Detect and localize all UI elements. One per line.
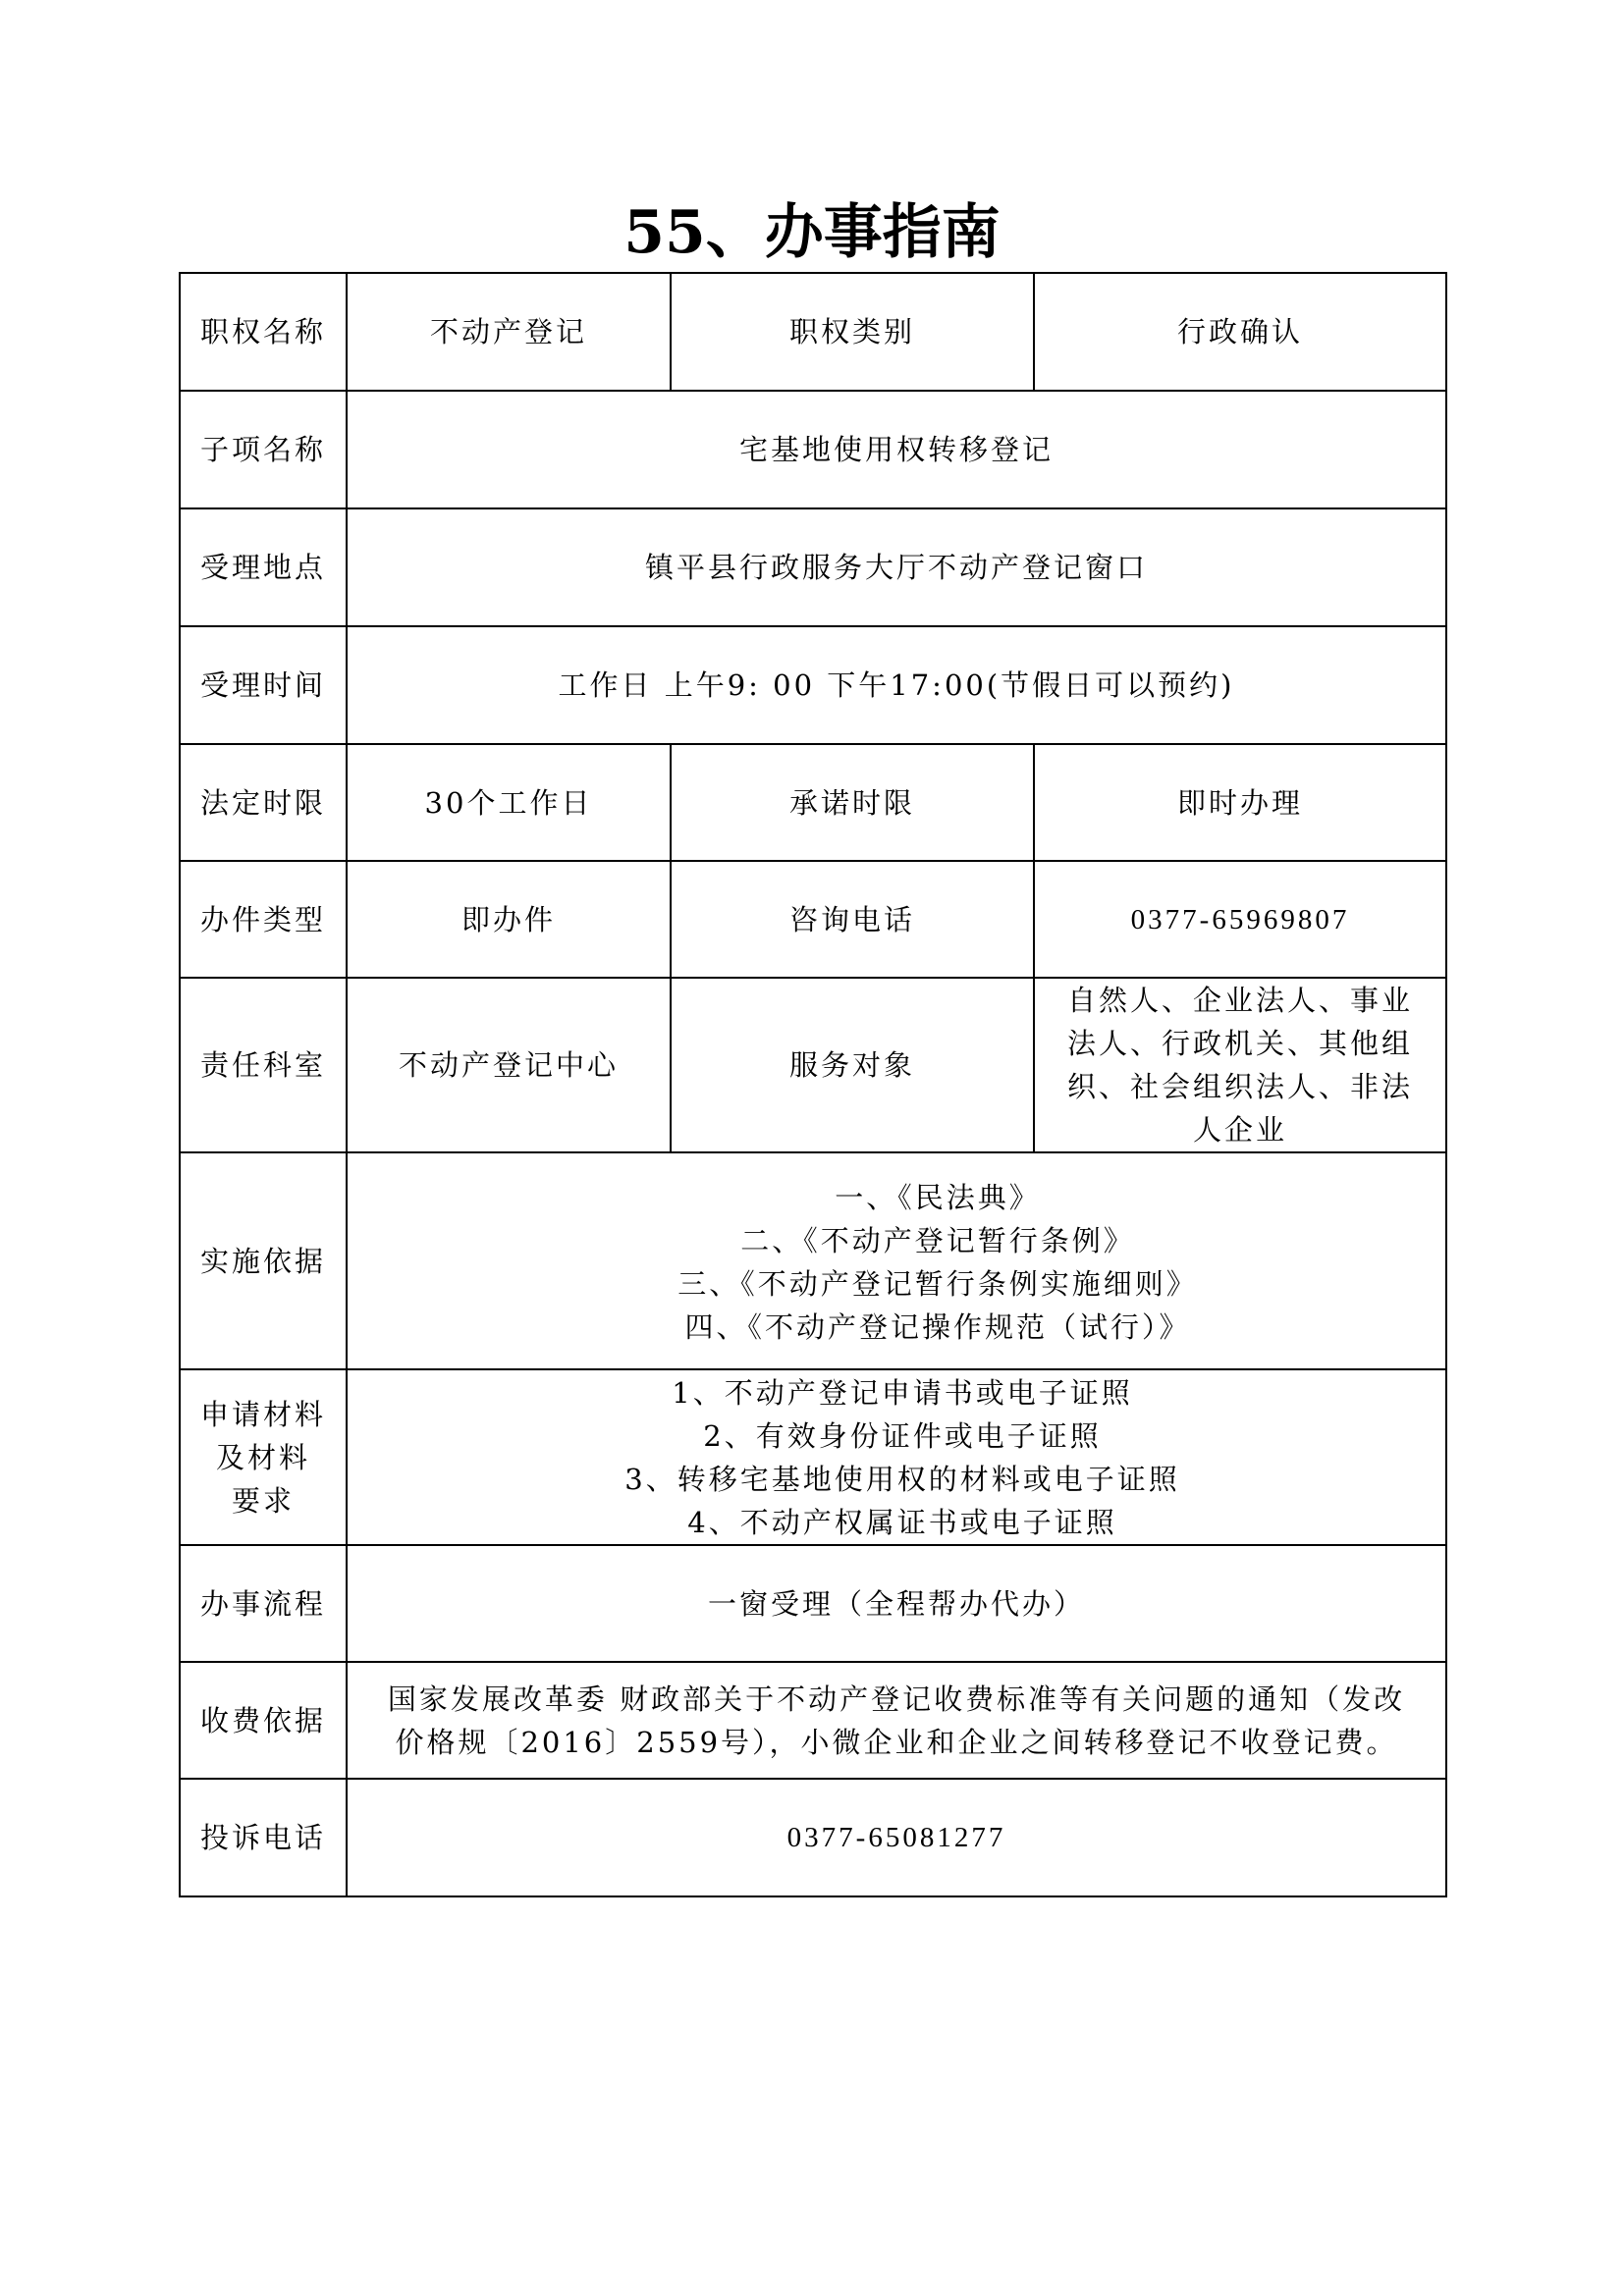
legal-basis-item: 二、《不动产登记暂行条例》 (430, 1219, 1445, 1262)
row-location: 受理地点 镇平县行政服务大厅不动产登记窗口 (180, 508, 1446, 626)
fee-basis-label: 收费依据 (180, 1662, 347, 1779)
materials-value: 1、不动产登记申请书或电子证照 2、有效身份证件或电子证照 3、转移宅基地使用权… (347, 1369, 1446, 1545)
complaint-phone-label: 投诉电话 (180, 1779, 347, 1896)
process-label: 办事流程 (180, 1545, 347, 1662)
row-time-limit: 法定时限 30个工作日 承诺时限 即时办理 (180, 744, 1446, 861)
row-case-type: 办件类型 即办件 咨询电话 0377-65969807 (180, 861, 1446, 978)
fee-basis-line: 价格规〔2016〕2559号），小微企业和企业之间转移登记不收登记费。 (348, 1721, 1445, 1764)
consult-phone-label: 咨询电话 (671, 861, 1034, 978)
row-department: 责任科室 不动产登记中心 服务对象 自然人、企业法人、事业 法人、行政机关、其他… (180, 978, 1446, 1152)
legal-basis-label: 实施依据 (180, 1152, 347, 1369)
case-type-label: 办件类型 (180, 861, 347, 978)
page-title: 55、办事指南 (0, 192, 1624, 273)
row-sub-item: 子项名称 宅基地使用权转移登记 (180, 391, 1446, 508)
legal-basis-item: 四、《不动产登记操作规范（试行）》 (430, 1306, 1445, 1349)
location-value: 镇平县行政服务大厅不动产登记窗口 (347, 508, 1446, 626)
complaint-phone-value: 0377-65081277 (347, 1779, 1446, 1896)
row-authority-name: 职权名称 不动产登记 职权类别 行政确认 (180, 273, 1446, 391)
row-complaint: 投诉电话 0377-65081277 (180, 1779, 1446, 1896)
materials-label-line: 及材料 (181, 1436, 346, 1479)
materials-label: 申请材料 及材料 要求 (180, 1369, 347, 1545)
authority-category-label: 职权类别 (671, 273, 1034, 391)
fee-basis-line: 国家发展改革委 财政部关于不动产登记收费标准等有关问题的通知（发改 (348, 1678, 1445, 1721)
sub-item-value: 宅基地使用权转移登记 (347, 391, 1446, 508)
location-label: 受理地点 (180, 508, 347, 626)
materials-item: 1、不动产登记申请书或电子证照 (359, 1371, 1445, 1415)
service-targets-line: 自然人、企业法人、事业 (1035, 979, 1445, 1022)
row-hours: 受理时间 工作日 上午9: 00 下午17:00(节假日可以预约) (180, 626, 1446, 744)
service-guide-table: 职权名称 不动产登记 职权类别 行政确认 子项名称 宅基地使用权转移登记 受理地… (179, 272, 1447, 1897)
consult-phone-value: 0377-65969807 (1034, 861, 1446, 978)
service-targets-line: 织、社会组织法人、非法 (1035, 1065, 1445, 1108)
promise-limit-label: 承诺时限 (671, 744, 1034, 861)
materials-label-line: 要求 (181, 1479, 346, 1522)
promise-limit-value: 即时办理 (1034, 744, 1446, 861)
authority-name-label: 职权名称 (180, 273, 347, 391)
materials-list: 1、不动产登记申请书或电子证照 2、有效身份证件或电子证照 3、转移宅基地使用权… (348, 1371, 1445, 1544)
service-targets-value: 自然人、企业法人、事业 法人、行政机关、其他组 织、社会组织法人、非法 人企业 (1034, 978, 1446, 1152)
materials-label-line: 申请材料 (181, 1393, 346, 1436)
row-fee-basis: 收费依据 国家发展改革委 财政部关于不动产登记收费标准等有关问题的通知（发改 价… (180, 1662, 1446, 1779)
row-process: 办事流程 一窗受理（全程帮办代办） (180, 1545, 1446, 1662)
legal-basis-item: 三、《不动产登记暂行条例实施细则》 (430, 1262, 1445, 1306)
process-value: 一窗受理（全程帮办代办） (347, 1545, 1446, 1662)
materials-item: 4、不动产权属证书或电子证照 (359, 1501, 1445, 1544)
department-value: 不动产登记中心 (347, 978, 671, 1152)
materials-item: 2、有效身份证件或电子证照 (359, 1415, 1445, 1458)
service-targets-line: 法人、行政机关、其他组 (1035, 1022, 1445, 1065)
case-type-value: 即办件 (347, 861, 671, 978)
authority-name-value: 不动产登记 (347, 273, 671, 391)
hours-value: 工作日 上午9: 00 下午17:00(节假日可以预约) (347, 626, 1446, 744)
hours-label: 受理时间 (180, 626, 347, 744)
service-targets-line: 人企业 (1035, 1108, 1445, 1151)
row-legal-basis: 实施依据 一、《民法典》 二、《不动产登记暂行条例》 三、《不动产登记暂行条例实… (180, 1152, 1446, 1369)
legal-basis-item: 一、《民法典》 (430, 1176, 1445, 1219)
service-targets-label: 服务对象 (671, 978, 1034, 1152)
time-limit-value: 30个工作日 (347, 744, 671, 861)
materials-item: 3、转移宅基地使用权的材料或电子证照 (359, 1458, 1445, 1501)
authority-category-value: 行政确认 (1034, 273, 1446, 391)
legal-basis-value: 一、《民法典》 二、《不动产登记暂行条例》 三、《不动产登记暂行条例实施细则》 … (347, 1152, 1446, 1369)
time-limit-label: 法定时限 (180, 744, 347, 861)
sub-item-label: 子项名称 (180, 391, 347, 508)
row-materials: 申请材料 及材料 要求 1、不动产登记申请书或电子证照 2、有效身份证件或电子证… (180, 1369, 1446, 1545)
legal-basis-list: 一、《民法典》 二、《不动产登记暂行条例》 三、《不动产登记暂行条例实施细则》 … (348, 1174, 1445, 1349)
department-label: 责任科室 (180, 978, 347, 1152)
fee-basis-value: 国家发展改革委 财政部关于不动产登记收费标准等有关问题的通知（发改 价格规〔20… (347, 1662, 1446, 1779)
